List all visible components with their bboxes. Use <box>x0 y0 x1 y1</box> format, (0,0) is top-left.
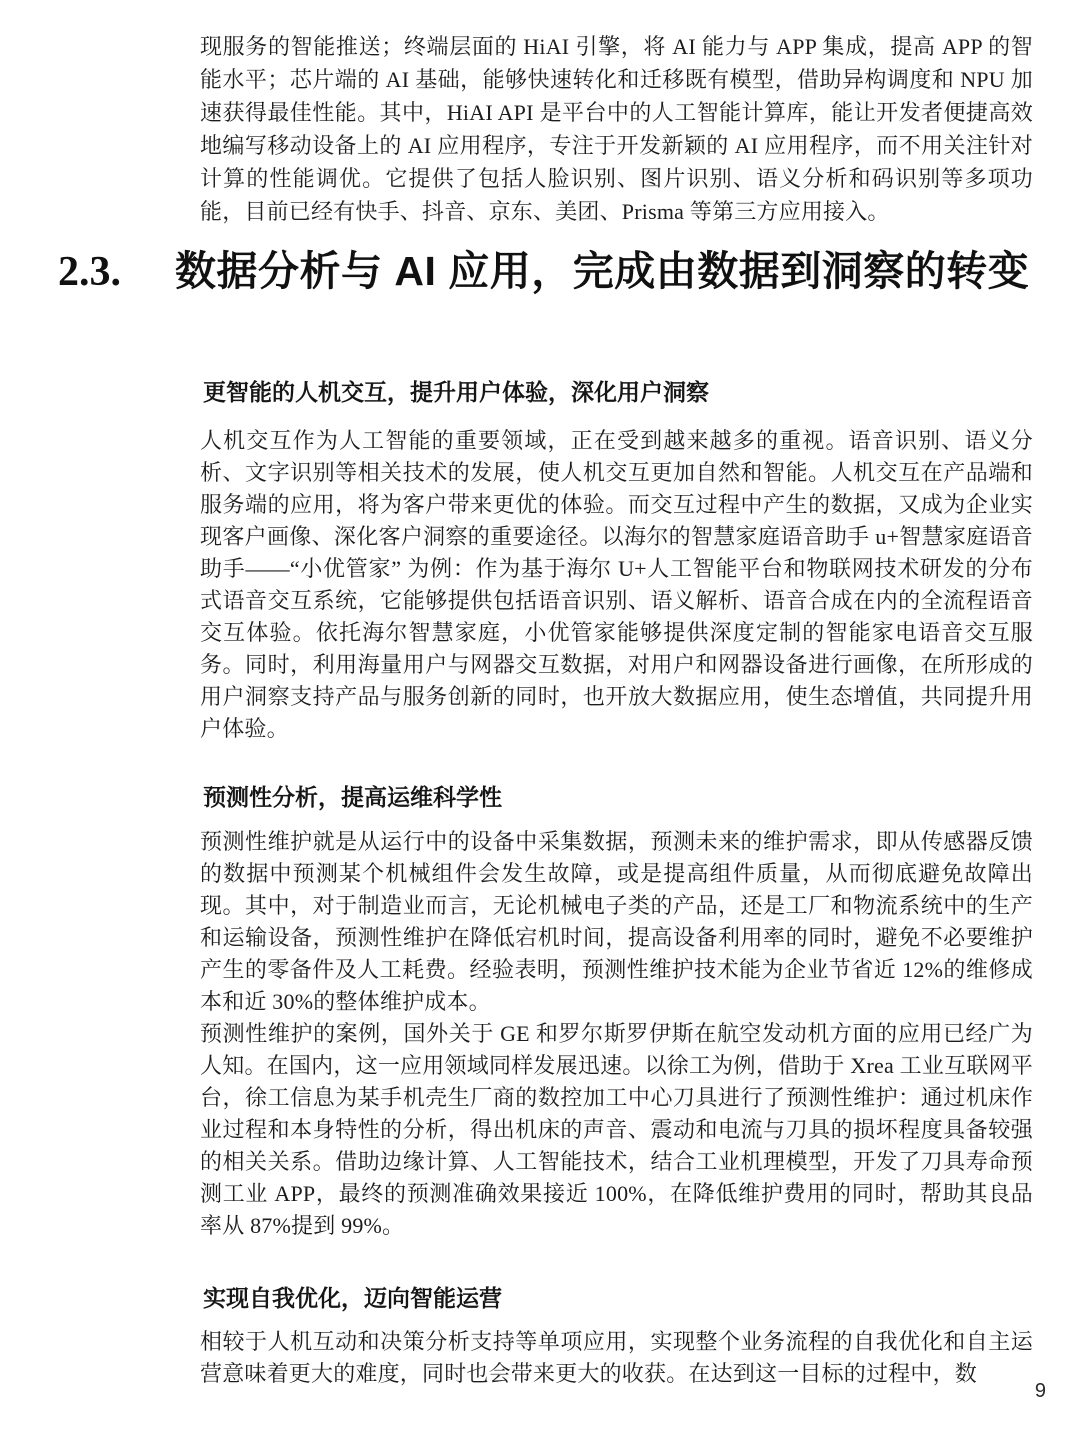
section-number: 2.3. <box>58 248 175 296</box>
page-number: 9 <box>1016 1380 1046 1403</box>
section-heading: 2.3. 数据分析与 AI 应用，完成由数据到洞察的转变 <box>58 238 1048 297</box>
document-page: 现服务的智能推送；终端层面的 HiAI 引擎，将 AI 能力与 APP 集成，提… <box>0 0 1080 1452</box>
intro-paragraph: 现服务的智能推送；终端层面的 HiAI 引擎，将 AI 能力与 APP 集成，提… <box>200 30 1033 228</box>
paragraph-predictive-maintenance-2: 预测性维护的案例，国外关于 GE 和罗尔斯罗伊斯在航空发动机方面的应用已经广为人… <box>200 1018 1033 1242</box>
section-title: 数据分析与 AI 应用，完成由数据到洞察的转变 <box>175 238 1029 297</box>
paragraph-self-optimization: 相较于人机互动和决策分析支持等单项应用，实现整个业务流程的自我优化和自主运营意味… <box>200 1326 1033 1390</box>
paragraph-smart-interaction: 人机交互作为人工智能的重要领域，正在受到越来越多的重视。语音识别、语义分析、文字… <box>200 425 1033 745</box>
paragraph-predictive-maintenance-1: 预测性维护就是从运行中的设备中采集数据，预测未来的维护需求，即从传感器反馈的数据… <box>200 826 1033 1018</box>
subsection-heading-self-optimization: 实现自我优化，迈向智能运营 <box>203 1284 1035 1312</box>
subsection-heading-predictive-analysis: 预测性分析，提高运维科学性 <box>203 783 1035 811</box>
subsection-heading-smart-interaction: 更智能的人机交互，提升用户体验，深化用户洞察 <box>203 378 1035 406</box>
